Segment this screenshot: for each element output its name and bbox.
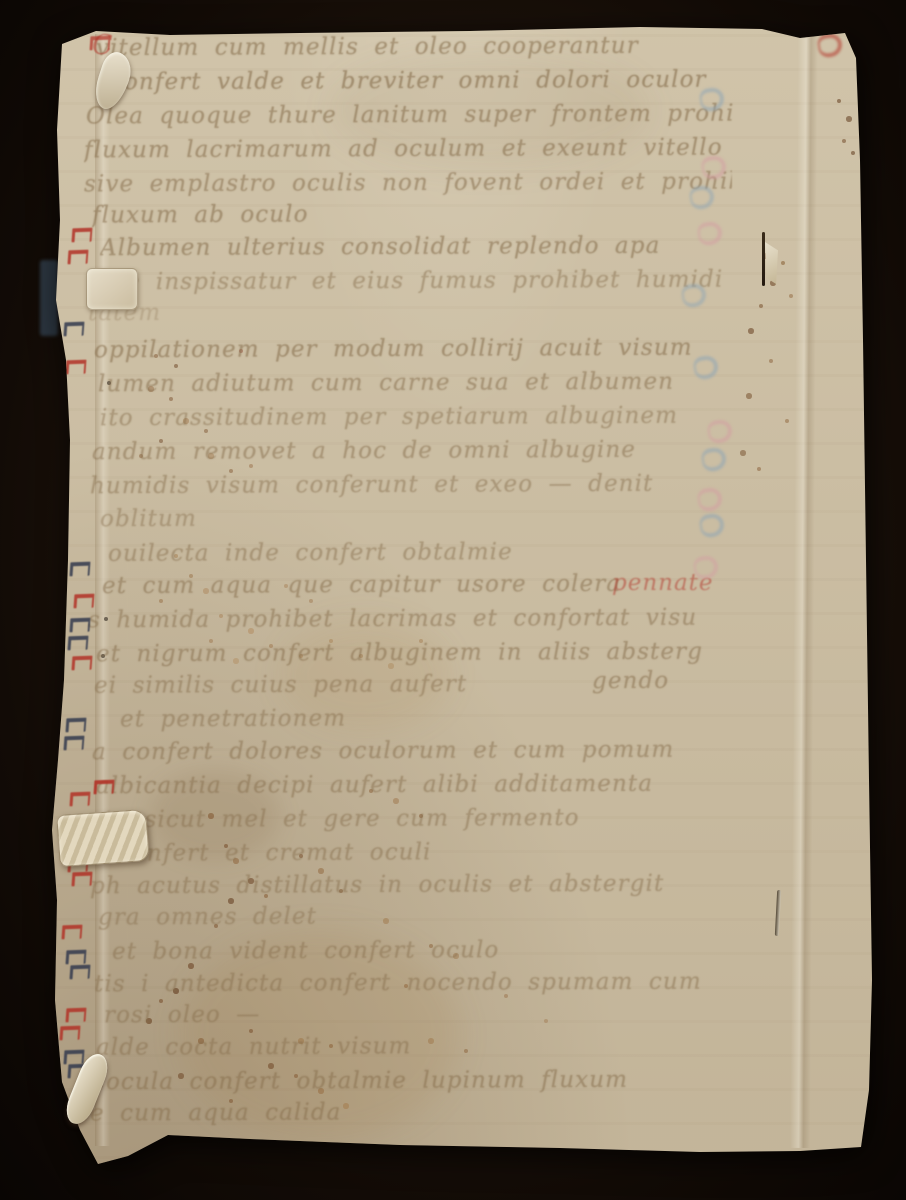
gutter-paraph-mark-icon (71, 228, 92, 243)
manuscript-text-line: ei similis cuius pena aufert (94, 671, 467, 699)
manuscript-text-line: que inspissatur et eius fumus prohibet h… (94, 267, 723, 296)
gutter-paraph-mark-icon (63, 736, 84, 751)
manuscript-text-line: confert valde et breviter omni dolori oc… (110, 67, 707, 96)
gutter-paraph-mark-icon (65, 360, 86, 375)
manuscript-text-line: rosi oleo — (104, 1002, 261, 1029)
manuscript-text-line: et penetrationem (120, 706, 346, 733)
bleedthrough-paraph-mark-icon (707, 418, 734, 444)
gutter-paraph-mark-icon (71, 872, 92, 887)
gutter-paraph-mark-icon (61, 925, 82, 940)
foxing-stain-cluster (0, 0, 2, 2)
gutter-paraph-mark-icon (93, 780, 114, 795)
gutter-paraph-mark-icon (65, 950, 86, 965)
bleedthrough-paraph-mark-icon (699, 512, 726, 538)
bleedthrough-paraph-mark-icon (697, 486, 724, 512)
parchment-slit (762, 232, 765, 286)
fore-edge-crease (790, 30, 818, 1148)
parchment-slit (775, 890, 781, 936)
gutter-paraph-mark-icon (59, 1026, 80, 1041)
bleedthrough-paraph-mark-icon (693, 554, 720, 580)
parchment-page-wrap: vitellum cum mellis et oleo cooperanturc… (0, 0, 906, 1200)
manuscript-text-line: s humida prohibet lacrimas et confortat … (88, 605, 697, 634)
manuscript-text-line: ouilecta inde confert obtalmie (108, 539, 513, 567)
gutter-paraph-mark-icon (69, 562, 90, 577)
manuscript-text-line: confert et cremat oculi (118, 839, 432, 866)
manuscript-text-line: et cum aqua que capitur usore colera (102, 571, 621, 599)
manuscript-text-line: ph acutus distillatus in oculis et abste… (90, 871, 664, 900)
foxing-stain-cluster (0, 0, 2, 2)
bleedthrough-paraph-mark-icon (693, 354, 720, 380)
manuscript-text-line: gendo (592, 668, 669, 694)
manuscript-text-line: oblitum (100, 506, 197, 532)
manuscript-photograph: vitellum cum mellis et oleo cooperanturc… (0, 0, 906, 1200)
bleedthrough-paraph-mark-icon (817, 32, 844, 58)
foxing-stain-cluster (0, 0, 2, 2)
manuscript-text-line: lumen adiutum cum carne sua et albumen (98, 369, 674, 398)
gutter-paraph-mark-icon (67, 250, 88, 265)
sewing-support-tab (56, 809, 149, 867)
manuscript-text-line: humidis visum conferunt et exeo — denit (90, 471, 653, 499)
manuscript-text-line: Albumen ulterius consolidat replendo apa (100, 233, 660, 261)
gutter-paraph-mark-icon (63, 322, 84, 337)
gutter-paraph-mark-icon (65, 718, 86, 733)
manuscript-text-line: et nigrum confert albuginem in aliis abs… (96, 639, 703, 668)
gutter-paraph-mark-icon (69, 792, 90, 807)
manuscript-text-line: cocula confert obtalmie lupinum fluxum (92, 1067, 628, 1095)
manuscript-text-line: albicantia decipi aufert alibi additamen… (96, 771, 653, 799)
gutter-paraph-mark-icon (69, 618, 90, 633)
manuscript-text-line: et bona vident confert oculo (112, 937, 500, 965)
manuscript-text-line: gra omnes delet (98, 904, 317, 931)
gutter-paraph-mark-icon (65, 1008, 86, 1023)
manuscript-text-line: sive emplastro oculis non fovent ordei e… (84, 169, 732, 198)
manuscript-text-line: a confert dolores oculorum et cum pomum (92, 737, 674, 766)
foxing-stain-cluster (0, 0, 2, 2)
manuscript-text-line: Olea quoque thure lanitum super frontem … (86, 101, 734, 130)
gutter-paraph-mark-icon (73, 594, 94, 609)
gutter-paraph-mark-icon (63, 1050, 84, 1065)
gutter-paraph-mark-icon (89, 36, 110, 51)
manuscript-text-line: te sicut mel et gere cum fermento (104, 805, 580, 833)
manuscript-text-line: tis i antedicta confert nocendo spumam c… (94, 969, 702, 998)
manuscript-text-line: vitellum cum mellis et oleo cooperantur (96, 33, 639, 61)
manuscript-text-line: fluxum ab oculo (92, 202, 309, 229)
manuscript-text-line: e cum aqua calida (90, 1099, 342, 1126)
bleedthrough-paraph-mark-icon (697, 220, 724, 246)
manuscript-text-line: ito crassitudinem per spetiarum albugine… (100, 403, 678, 432)
gutter-paraph-mark-icon (67, 636, 88, 651)
parchment-page: vitellum cum mellis et oleo cooperanturc… (0, 0, 906, 1200)
bleedthrough-paraph-mark-icon (701, 446, 728, 472)
sewing-tab (765, 242, 778, 284)
manuscript-text-line: oppilationem per modum collirij acuit vi… (94, 335, 693, 364)
gutter-paraph-mark-icon (69, 965, 90, 980)
gutter-paraph-mark-icon (71, 656, 92, 671)
manuscript-text-line: andum removet a hoc de omni albugine (92, 437, 636, 465)
parchment-patch (86, 268, 138, 310)
manuscript-text-line: fluxum lacrimarum ad oculum et exeunt vi… (84, 135, 723, 164)
manuscript-text-line: alde cocta nutrit visum (96, 1033, 412, 1060)
